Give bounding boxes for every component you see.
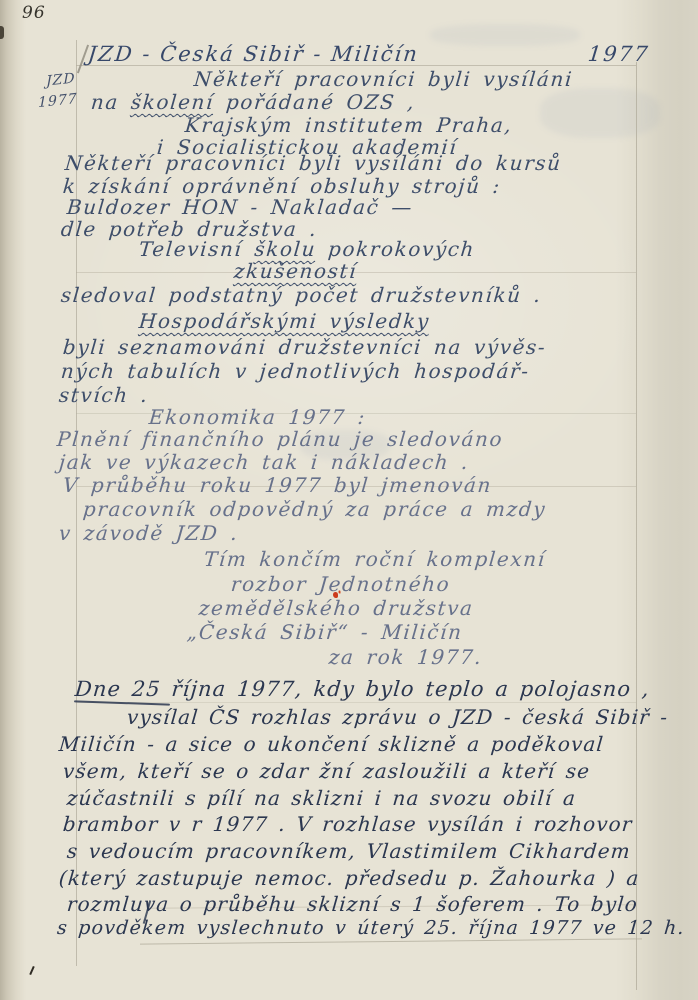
- handwritten-line: na školení pořádané OZS ,: [90, 91, 416, 113]
- handwritten-line: Někteří pracovníci byli vysíláni: [193, 68, 574, 90]
- pencil-frame-line-right: [636, 62, 637, 990]
- ink-bleedthrough-smudge: [430, 24, 580, 46]
- page-number: 96: [22, 3, 46, 23]
- margin-note-jzd: JZD: [46, 70, 75, 89]
- line-segment: Televisní: [138, 237, 256, 261]
- handwritten-line: sledoval podstatný počet družstevníků .: [60, 284, 543, 306]
- handwritten-line: zemědělského družstva: [198, 597, 475, 619]
- handwritten-line: Krajským institutem Praha,: [184, 114, 513, 136]
- line-segment: na: [90, 90, 132, 114]
- handwritten-line: s vedoucím pracovníkem, Vlastimilem Cikh…: [66, 840, 632, 862]
- handwritten-line: jak ve výkazech tak i nákladech .: [58, 451, 470, 473]
- red-correction-mark: [333, 592, 338, 598]
- underlined-word: školení: [130, 90, 215, 114]
- handwritten-line: s povděkem vyslechnuto v úterý 25. října…: [56, 918, 686, 939]
- handwritten-line: rozbor Jednotného: [230, 573, 451, 595]
- handwritten-line: Buldozer HON - Nakladač —: [66, 196, 414, 218]
- handwritten-line: všem, kteří se o zdar žní zasloužili a k…: [62, 760, 591, 782]
- handwritten-line: zkušeností: [233, 260, 358, 282]
- page-edge-notch: [0, 26, 4, 39]
- line-segment: pokrokových: [315, 237, 476, 261]
- handwritten-line: rozmluva o průběhu sklizní s 1 šoferem .…: [66, 893, 639, 915]
- handwritten-line: k získání oprávnění obsluhy strojů :: [62, 175, 502, 197]
- handwritten-line: Hospodářskými výsledky: [138, 310, 431, 332]
- handwritten-line: Televisní školu pokrokových: [138, 238, 476, 260]
- handwritten-line: Dne 25 října 1977, kdy bylo teplo a polo…: [74, 678, 651, 701]
- handwritten-line: Ekonomika 1977 :: [148, 406, 367, 428]
- handwritten-line: zúčastnili s pílí na sklizni i na svozu …: [66, 787, 577, 809]
- handwritten-line: Tím končím roční komplexní: [203, 548, 547, 570]
- handwritten-line: v závodě JZD .: [58, 522, 239, 544]
- pen-tick-mark: [29, 966, 34, 975]
- handwritten-line: ných tabulích v jednotlivých hospodář-: [60, 360, 531, 382]
- ink-bleedthrough-smudge: [540, 88, 660, 138]
- underlined-word: zkušeností: [233, 259, 358, 283]
- handwritten-line: stvích .: [58, 384, 150, 406]
- underlined-word: Hospodářskými výsledky: [138, 309, 431, 333]
- handwritten-line: brambor v r 1977 . V rozhlase vysílán i …: [62, 813, 633, 835]
- handwritten-line: Někteří pracovníci byli vysíláni do kurs…: [64, 152, 563, 174]
- handwritten-line: pracovník odpovědný za práce a mzdy: [82, 498, 547, 520]
- handwritten-line: byli seznamováni družstevníci na vývěs-: [62, 336, 547, 358]
- chronicle-page-scan: 96 JZD 1977 JZD - Česká Sibiř - Miličín …: [0, 0, 698, 1000]
- handwritten-line: vysílal ČS rozhlas zprávu o JZD - česká …: [126, 706, 669, 728]
- page-title-year: 1977: [587, 42, 651, 66]
- pencil-frame-line-bottom: [140, 938, 642, 944]
- page-title: JZD - Česká Sibiř - Miličín: [87, 42, 420, 66]
- handwritten-line: Miličín - a sice o ukončení sklizně a po…: [58, 733, 605, 755]
- handwritten-line: (který zastupuje nemoc. předsedu p. Žaho…: [58, 867, 640, 889]
- handwritten-line: za rok 1977.: [328, 646, 483, 668]
- underlined-word: školu: [253, 237, 317, 261]
- handwritten-line: „Česká Sibiř“ - Miličín: [186, 621, 464, 643]
- margin-note-year: 1977: [38, 91, 77, 111]
- line-segment: pořádané OZS ,: [213, 90, 416, 114]
- handwritten-line: V průběhu roku 1977 byl jmenován: [62, 474, 493, 496]
- handwritten-line: Plnění finančního plánu je sledováno: [56, 428, 504, 450]
